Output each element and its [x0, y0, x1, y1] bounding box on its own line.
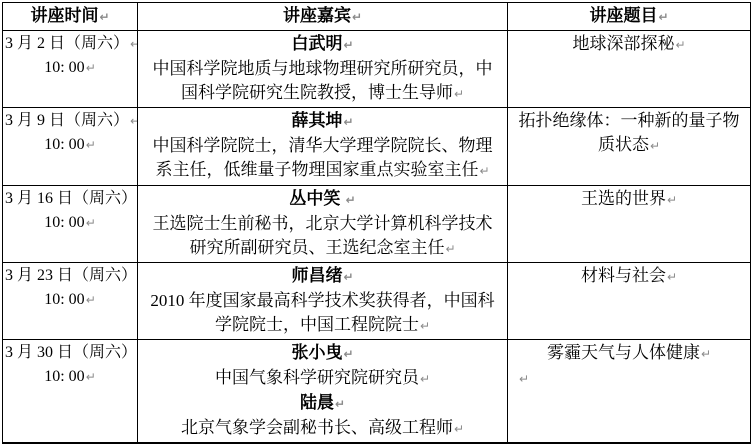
time-cell: 3 月 9 日（周六）↵ 10: 00↵: [3, 108, 138, 186]
topic-cell: 王选的世界↵: [508, 186, 751, 263]
paragraph-mark-icon: ↵: [98, 10, 109, 24]
paragraph-mark-icon: ↵: [518, 372, 529, 386]
paragraph-mark-icon: ↵: [342, 115, 353, 129]
paragraph-mark-icon: ↵: [666, 270, 677, 284]
date-text: 3 月 9 日（周六）: [5, 112, 129, 129]
guest-description: 中国气象科学研究院研究员↵: [146, 366, 499, 391]
lecture-time: 10: 00↵: [5, 56, 135, 80]
time-text: 10: 00: [44, 136, 84, 153]
paragraph-mark-icon: ↵: [85, 216, 96, 230]
paragraph-mark-icon: ↵: [657, 10, 668, 24]
paragraph-mark-icon: ↵: [129, 37, 137, 51]
paragraph-mark-icon: ↵: [85, 138, 96, 152]
header-time-label: 讲座时间: [30, 6, 98, 25]
table-row: 3 月 16 日（周六）↵ 10: 00↵ 丛中笑 ↵ 王选院士生前秘书，北京大…: [3, 186, 751, 263]
topic-cell: 材料与社会↵: [508, 263, 751, 340]
time-cell: 3 月 23 日（周六）↵ 10: 00↵: [3, 263, 138, 340]
time-text: 10: 00: [44, 214, 84, 231]
guest-name: 师昌绪↵: [146, 264, 499, 289]
time-text: 10: 00: [44, 59, 84, 76]
guest-description: 北京气象学会副秘书长、高级工程师↵: [146, 416, 499, 433]
paragraph-mark-icon: ↵: [453, 87, 464, 101]
guest-name: 白武明↵: [146, 32, 499, 57]
paragraph-mark-icon: ↵: [342, 270, 353, 284]
lecture-schedule-table: 讲座时间↵ 讲座嘉宾↵ 讲座题目↵ 3 月 2 日（周六）↵ 10: 00↵ 白…: [2, 2, 751, 433]
date-text: 3 月 16 日（周六）: [5, 190, 137, 207]
paragraph-mark-icon: ↵: [342, 347, 353, 361]
lecture-time: 10: 00↵: [5, 288, 135, 312]
header-guest-label: 讲座嘉宾: [283, 6, 351, 25]
guest-name: 张小曳↵: [146, 341, 499, 366]
topic-cell: 地球深部探秘↵: [508, 31, 751, 108]
time-cell: 3 月 30 日（周六）↵ 10: 00↵: [3, 340, 138, 434]
guest-cell: 师昌绪↵ 2010 年度国家最高科学技术奖获得者，中国科学院院士，中国工程院院士…: [138, 263, 508, 340]
guest-description: 王选院士生前秘书，北京大学计算机科学技术研究所副研究员、王选纪念室主任↵: [146, 212, 499, 261]
paragraph-mark-icon: ↵: [129, 114, 137, 128]
paragraph-mark-icon: ↵: [649, 139, 660, 153]
date-text: 3 月 2 日（周六）: [5, 35, 129, 52]
table-row: 3 月 30 日（周六）↵ 10: 00↵ 张小曳↵ 中国气象科学研究院研究员↵…: [3, 340, 751, 434]
header-cell-time: 讲座时间↵: [3, 3, 138, 31]
guest-cell: 薛其坤↵ 中国科学院院士，清华大学理学院院长、物理系主任，低维量子物理国家重点实…: [138, 108, 508, 186]
date-text: 3 月 23 日（周六）: [5, 267, 137, 284]
table-row: 3 月 9 日（周六）↵ 10: 00↵ 薛其坤↵ 中国科学院院士，清华大学理学…: [3, 108, 751, 186]
guest-cell: 张小曳↵ 中国气象科学研究院研究员↵ 陆晨↵ 北京气象学会副秘书长、高级工程师↵: [138, 340, 508, 434]
lecture-date: 3 月 9 日（周六）↵: [5, 109, 135, 133]
guest-name: 陆晨↵: [146, 391, 499, 416]
lecture-topic: 王选的世界↵: [516, 187, 742, 212]
header-cell-guest: 讲座嘉宾↵: [138, 3, 508, 31]
paragraph-mark-icon: ↵: [453, 422, 464, 433]
paragraph-mark-icon: ↵: [444, 242, 455, 256]
lecture-date: 3 月 2 日（周六）↵: [5, 32, 135, 56]
paragraph-mark-icon: ↵: [351, 10, 362, 24]
topic-cell: 拓扑绝缘体：一种新的量子物质状态↵: [508, 108, 751, 186]
document-page: 讲座时间↵ 讲座嘉宾↵ 讲座题目↵ 3 月 2 日（周六）↵ 10: 00↵ 白…: [2, 2, 751, 433]
paragraph-mark-icon: ↵: [342, 38, 353, 52]
lecture-time: 10: 00↵: [5, 133, 135, 157]
lecture-time: 10: 00↵: [5, 211, 135, 235]
empty-paragraph: ↵: [516, 366, 742, 391]
lecture-date: 3 月 30 日（周六）↵: [5, 341, 135, 365]
guest-description: 中国科学院院士，清华大学理学院院长、物理系主任，低维量子物理国家重点实验室主任↵: [146, 134, 499, 183]
guest-description: 中国科学院地质与地球物理研究所研究员，中国科学院研究生院教授，博士生导师↵: [146, 57, 499, 106]
guest-cell: 白武明↵ 中国科学院地质与地球物理研究所研究员，中国科学院研究生院教授，博士生导…: [138, 31, 508, 108]
paragraph-mark-icon: ↵: [345, 193, 356, 207]
header-row: 讲座时间↵ 讲座嘉宾↵ 讲座题目↵: [3, 3, 751, 31]
guest-description: 2010 年度国家最高科学技术奖获得者，中国科学院院士，中国工程院院士↵: [146, 289, 499, 338]
paragraph-mark-icon: ↵: [419, 319, 430, 333]
paragraph-mark-icon: ↵: [700, 347, 711, 361]
paragraph-mark-icon: ↵: [85, 293, 96, 307]
paragraph-mark-icon: ↵: [85, 61, 96, 75]
guest-cell: 丛中笑 ↵ 王选院士生前秘书，北京大学计算机科学技术研究所副研究员、王选纪念室主…: [138, 186, 508, 263]
paragraph-mark-icon: ↵: [419, 372, 430, 386]
topic-cell: 雾霾天气与人体健康↵ ↵: [508, 340, 751, 434]
lecture-time: 10: 00↵: [5, 365, 135, 389]
lecture-topic: 材料与社会↵: [516, 264, 742, 289]
time-text: 10: 00: [44, 368, 84, 385]
paragraph-mark-icon: ↵: [478, 164, 489, 178]
header-cell-topic: 讲座题目↵: [508, 3, 751, 31]
paragraph-mark-icon: ↵: [85, 370, 96, 384]
time-text: 10: 00: [44, 291, 84, 308]
lecture-date: 3 月 16 日（周六）↵: [5, 187, 135, 211]
lecture-date: 3 月 23 日（周六）↵: [5, 264, 135, 288]
lecture-topic: 拓扑绝缘体：一种新的量子物质状态↵: [516, 109, 742, 158]
time-cell: 3 月 16 日（周六）↵ 10: 00↵: [3, 186, 138, 263]
paragraph-mark-icon: ↵: [674, 38, 685, 52]
header-topic-label: 讲座题目: [589, 6, 657, 25]
lecture-topic: 地球深部探秘↵: [516, 32, 742, 57]
lecture-topic: 雾霾天气与人体健康↵: [516, 341, 742, 366]
guest-name: 薛其坤↵: [146, 109, 499, 134]
table-row: 3 月 2 日（周六）↵ 10: 00↵ 白武明↵ 中国科学院地质与地球物理研究…: [3, 31, 751, 108]
paragraph-mark-icon: ↵: [666, 193, 677, 207]
date-text: 3 月 30 日（周六）: [5, 344, 137, 361]
time-cell: 3 月 2 日（周六）↵ 10: 00↵: [3, 31, 138, 108]
guest-name: 丛中笑 ↵: [146, 187, 499, 212]
table-row: 3 月 23 日（周六）↵ 10: 00↵ 师昌绪↵ 2010 年度国家最高科学…: [3, 263, 751, 340]
paragraph-mark-icon: ↵: [334, 397, 345, 411]
